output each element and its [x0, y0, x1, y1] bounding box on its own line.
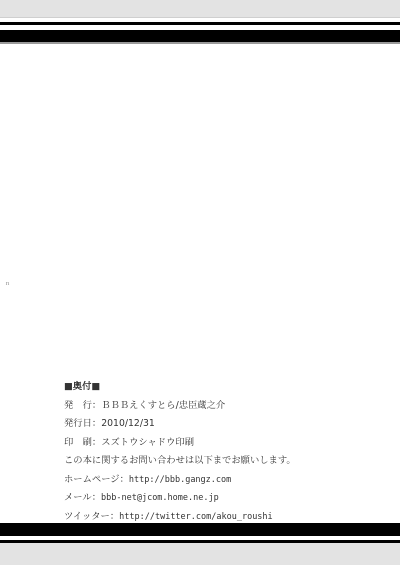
top-rule-thin [0, 22, 400, 25]
bottom-margin [0, 543, 400, 565]
email-link[interactable]: bbb-net@jcom.home.ne.jp [101, 493, 219, 503]
homepage-link[interactable]: http://bbb.gangz.com [129, 475, 231, 485]
homepage-row: ホームページ：http://bbb.gangz.com [64, 471, 296, 490]
top-rule-thick [0, 30, 400, 42]
email-label: メール： [64, 492, 101, 503]
publish-date-value: 2010/12/31 [101, 418, 155, 429]
printer-value: スズトウシャドウ印刷 [101, 437, 194, 448]
twitter-label: ツイッター： [64, 511, 119, 522]
twitter-link[interactable]: http://twitter.com/akou_roushi [119, 512, 273, 522]
colophon-heading: ■奥付■ [64, 378, 296, 397]
top-margin [0, 0, 400, 17]
top-rule-edge [0, 42, 400, 44]
bottom-rule-thick [0, 523, 400, 536]
publisher-label: 発 行： [64, 400, 101, 411]
margin-mark: ｎ [5, 280, 10, 287]
email-row: メール：bbb-net@jcom.home.ne.jp [64, 489, 296, 508]
publisher-row: 発 行：ＢＢＢえくすとら/忠臣蔵之介 [64, 397, 296, 416]
printer-label: 印 刷： [64, 437, 101, 448]
homepage-label: ホームページ： [64, 474, 129, 485]
publish-date-row: 発行日：2010/12/31 [64, 415, 296, 434]
publisher-value: ＢＢＢえくすとら/忠臣蔵之介 [101, 400, 225, 411]
top-rule-light [0, 17, 400, 18]
publish-date-label: 発行日： [64, 418, 101, 429]
inquiry-notice: この本に関するお問い合わせは以下までお願いします。 [64, 452, 296, 471]
colophon: ■奥付■ 発 行：ＢＢＢえくすとら/忠臣蔵之介 発行日：2010/12/31 印… [64, 378, 296, 526]
printer-row: 印 刷：スズトウシャドウ印刷 [64, 434, 296, 453]
